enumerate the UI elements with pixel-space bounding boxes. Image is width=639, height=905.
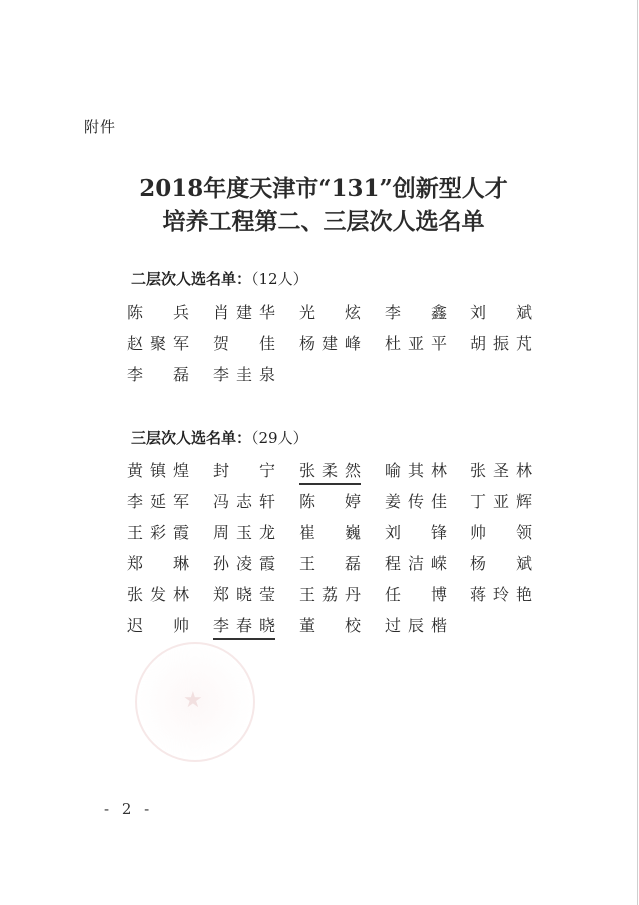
name-item: 过辰楷 bbox=[385, 613, 447, 636]
name-item: 黄镇煌 bbox=[127, 458, 189, 481]
name-item: 张发林 bbox=[127, 582, 189, 605]
name-item: 刘 斌 bbox=[470, 300, 532, 323]
name-item: 陈 婷 bbox=[299, 489, 361, 512]
name-item: 程洁嵘 bbox=[385, 551, 447, 574]
name-item: 杨 斌 bbox=[470, 551, 532, 574]
name-item: 贺 佳 bbox=[213, 331, 275, 354]
attachment-label: 附件 bbox=[84, 116, 116, 137]
name-item: 陈 兵 bbox=[127, 300, 189, 323]
name-item: 郑晓莹 bbox=[213, 582, 275, 605]
name-item: 杨建峰 bbox=[299, 331, 361, 354]
page-edge bbox=[637, 0, 638, 905]
seal-star-icon: ★ bbox=[183, 688, 203, 713]
name-item: 张圣林 bbox=[470, 458, 532, 481]
name-item: 郑 琳 bbox=[127, 551, 189, 574]
title-line-1: 2018年度天津市“131”创新型人才 bbox=[0, 172, 639, 205]
tier2-heading-label: 二层次人选名单： bbox=[131, 270, 251, 288]
name-item: 王荔丹 bbox=[299, 582, 361, 605]
name-item: 刘 锋 bbox=[385, 520, 447, 543]
name-item: 董 校 bbox=[299, 613, 361, 636]
title-line-2: 培养工程第二、三层次人选名单 bbox=[0, 205, 639, 238]
name-item: 崔 巍 bbox=[299, 520, 361, 543]
name-item: 李圭泉 bbox=[213, 362, 275, 385]
name-item: 赵聚军 bbox=[127, 331, 189, 354]
name-item: 王 磊 bbox=[299, 551, 361, 574]
page-number: - 2 - bbox=[104, 800, 153, 818]
name-item-underlined: 李春晓 bbox=[213, 613, 275, 640]
name-item: 杜亚平 bbox=[385, 331, 447, 354]
tier2-count: （12人） bbox=[251, 270, 308, 288]
name-item: 迟 帅 bbox=[127, 613, 189, 636]
name-item: 肖建华 bbox=[213, 300, 275, 323]
name-item: 姜传佳 bbox=[385, 489, 447, 512]
document-title: 2018年度天津市“131”创新型人才 培养工程第二、三层次人选名单 bbox=[0, 172, 639, 238]
name-item: 胡振芃 bbox=[470, 331, 532, 354]
official-seal-stamp: ★ bbox=[135, 642, 255, 762]
name-item: 蒋玲艳 bbox=[470, 582, 532, 605]
name-item: 丁亚辉 bbox=[470, 489, 532, 512]
name-item: 孙凌霞 bbox=[213, 551, 275, 574]
tier3-count: （29人） bbox=[251, 429, 308, 447]
name-item: 任 博 bbox=[385, 582, 447, 605]
name-item: 帅 领 bbox=[470, 520, 532, 543]
name-item: 冯志轩 bbox=[213, 489, 275, 512]
tier2-heading: 二层次人选名单：（12人） bbox=[131, 268, 308, 289]
name-item-underlined: 张柔然 bbox=[299, 458, 361, 485]
tier3-heading-label: 三层次人选名单： bbox=[131, 429, 251, 447]
name-item: 光 炫 bbox=[299, 300, 361, 323]
name-item: 喻其林 bbox=[385, 458, 447, 481]
name-item: 周玉龙 bbox=[213, 520, 275, 543]
name-item: 王彩霞 bbox=[127, 520, 189, 543]
tier3-heading: 三层次人选名单：（29人） bbox=[131, 427, 308, 448]
name-item: 李 鑫 bbox=[385, 300, 447, 323]
name-item: 李延军 bbox=[127, 489, 189, 512]
name-item: 封 宁 bbox=[213, 458, 275, 481]
name-item: 李 磊 bbox=[127, 362, 189, 385]
